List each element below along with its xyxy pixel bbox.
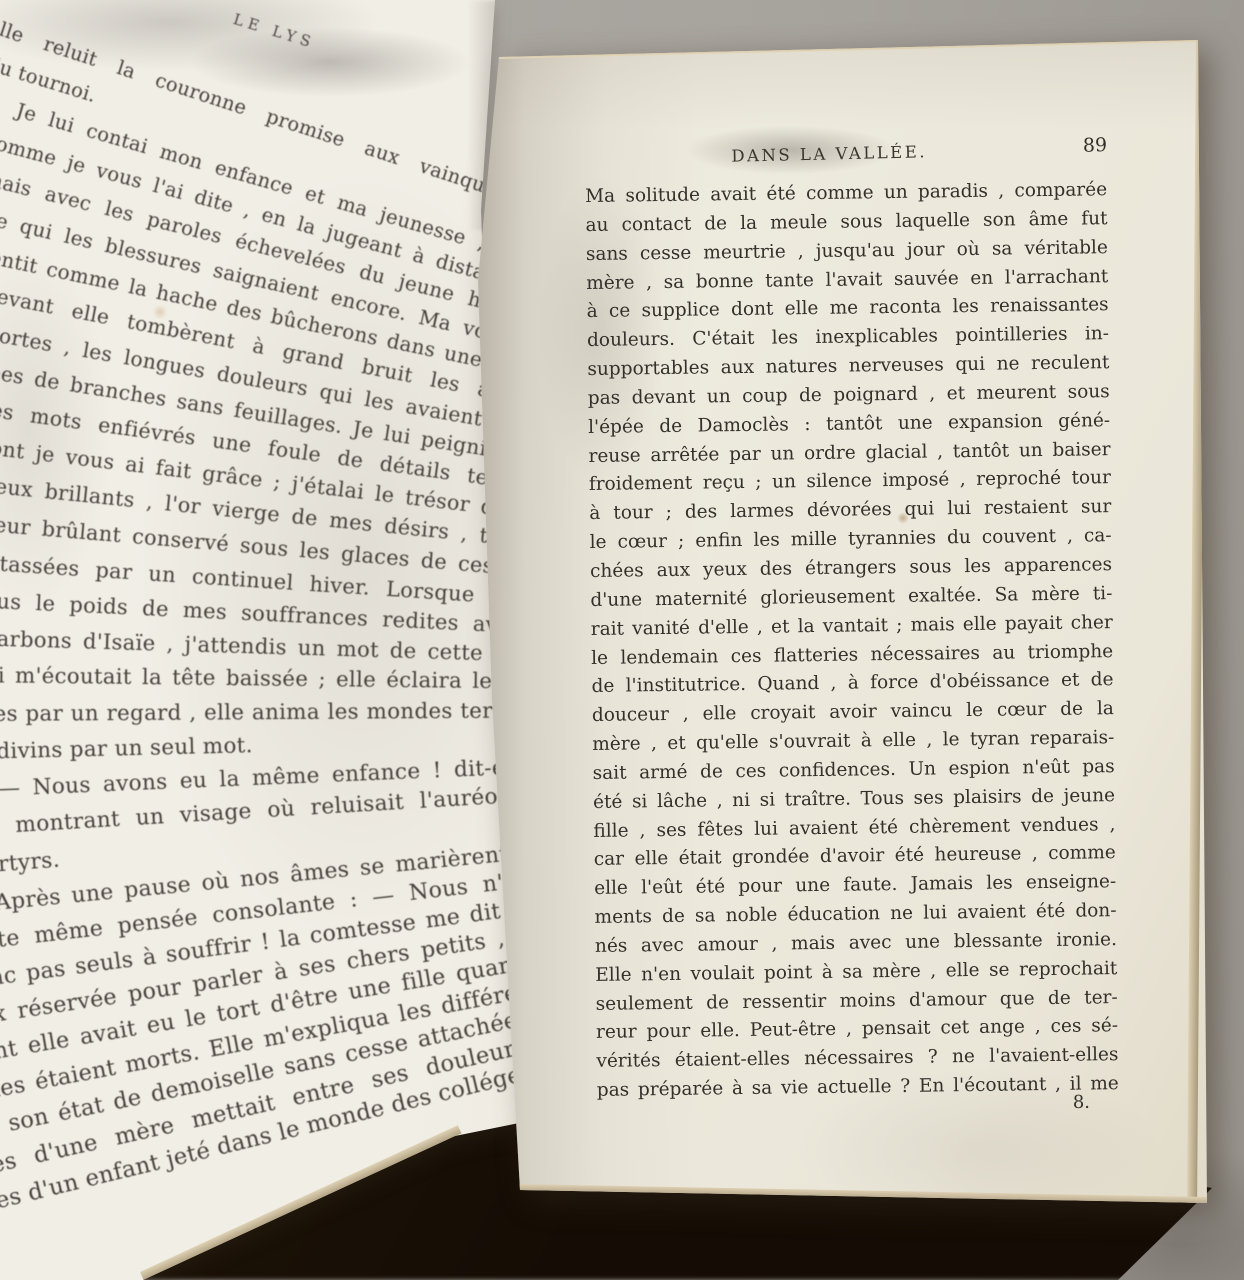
running-head-right: DANS LA VALLÉE. <box>585 138 1107 169</box>
right-page-wrap: DANS LA VALLÉE. 89 Ma solitude avait été… <box>0 0 1244 1280</box>
right-page: DANS LA VALLÉE. 89 Ma solitude avait été… <box>0 0 1244 1280</box>
signature-mark: 8. <box>585 1092 1090 1117</box>
right-page-top-edge <box>497 36 1201 59</box>
right-page-text: Ma solitude avait été comme un paradis ,… <box>585 179 1119 1109</box>
page-number: 89 <box>1083 134 1108 157</box>
right-page-bottom-edge <box>517 1184 1211 1209</box>
right-page-header: DANS LA VALLÉE. 89 <box>585 138 1107 169</box>
right-page-right-edge <box>1187 40 1206 1206</box>
